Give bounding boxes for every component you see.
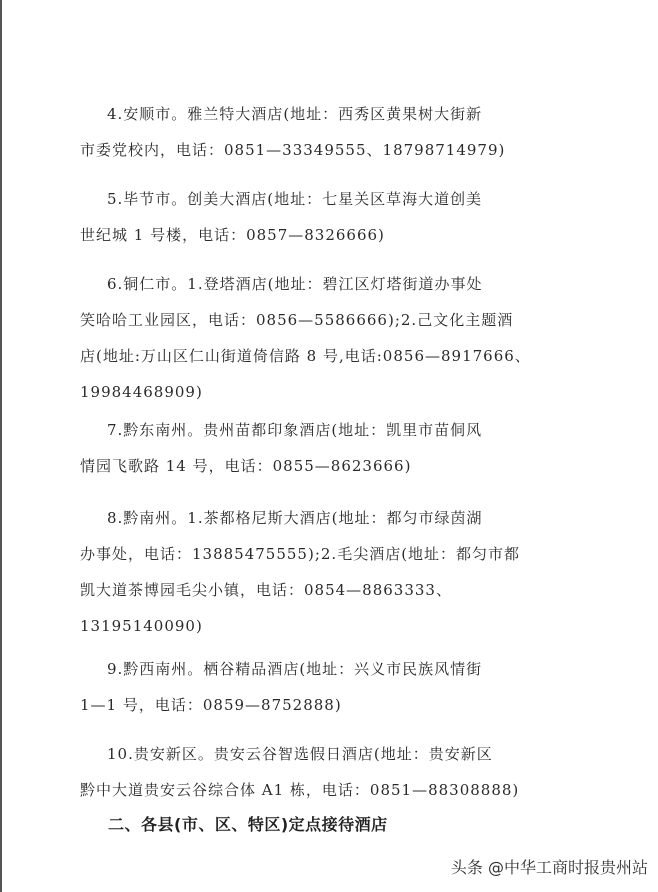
paragraph-line: 5.毕节市。创美大酒店(地址：七星关区草海大道创美: [80, 181, 560, 217]
paragraph-line: 情园飞歌路 14 号，电话：0855—8623666): [80, 448, 560, 484]
paragraph-line: 7.黔东南州。贵州苗都印象酒店(地址：凯里市苗侗风: [80, 412, 560, 448]
hotel-item-tongren: 6.铜仁市。1.登塔酒店(地址：碧江区灯塔街道办事处 笑哈哈工业园区，电话：08…: [80, 266, 560, 410]
hotel-item-qiannan: 8.黔南州。1.茶都格尼斯大酒店(地址：都匀市绿茵湖 办事处，电话：138854…: [80, 500, 560, 644]
hotel-item-anshun: 4.安顺市。雅兰特大酒店(地址：西秀区黄果树大街新 市委党校内，电话：0851—…: [80, 96, 560, 168]
paragraph-line: 13195140090): [80, 608, 560, 644]
paragraph-line: 黔中大道贵安云谷综合体 A1 栋，电话：0851—88308888): [80, 772, 560, 808]
hotel-item-qiandongnan: 7.黔东南州。贵州苗都印象酒店(地址：凯里市苗侗风 情园飞歌路 14 号，电话：…: [80, 412, 560, 484]
source-watermark: 头条 @中华工商时报贵州站: [451, 856, 648, 880]
paragraph-line: 4.安顺市。雅兰特大酒店(地址：西秀区黄果树大街新: [80, 96, 560, 132]
section-heading: 二、各县(市、区、特区)定点接待酒店: [108, 812, 388, 838]
hotel-item-qianxinan: 9.黔西南州。栖谷精品酒店(地址：兴义市民族风情街 1—1 号，电话：0859—…: [80, 651, 560, 723]
paragraph-line: 19984468909): [80, 374, 560, 410]
paragraph-line: 世纪城 1 号楼，电话：0857—8326666): [80, 217, 560, 253]
hotel-item-bijie: 5.毕节市。创美大酒店(地址：七星关区草海大道创美 世纪城 1 号楼，电话：08…: [80, 181, 560, 253]
page-left-border: [0, 0, 2, 892]
paragraph-line: 市委党校内，电话：0851—33349555、18798714979): [80, 132, 560, 168]
paragraph-line: 店(地址:万山区仁山街道倚信路 8 号,电话:0856—8917666、: [80, 338, 560, 374]
paragraph-line: 10.贵安新区。贵安云谷智选假日酒店(地址：贵安新区: [80, 736, 560, 772]
paragraph-line: 8.黔南州。1.茶都格尼斯大酒店(地址：都匀市绿茵湖: [80, 500, 560, 536]
paragraph-line: 凯大道茶博园毛尖小镇，电话：0854—8863333、: [80, 572, 560, 608]
paragraph-line: 9.黔西南州。栖谷精品酒店(地址：兴义市民族风情街: [80, 651, 560, 687]
paragraph-line: 1—1 号，电话：0859—8752888): [80, 687, 560, 723]
paragraph-line: 笑哈哈工业园区，电话：0856—5586666);2.己文化主题酒: [80, 302, 560, 338]
paragraph-line: 办事处，电话：13885475555);2.毛尖酒店(地址：都匀市都: [80, 536, 560, 572]
hotel-item-guian: 10.贵安新区。贵安云谷智选假日酒店(地址：贵安新区 黔中大道贵安云谷综合体 A…: [80, 736, 560, 808]
paragraph-line: 6.铜仁市。1.登塔酒店(地址：碧江区灯塔街道办事处: [80, 266, 560, 302]
